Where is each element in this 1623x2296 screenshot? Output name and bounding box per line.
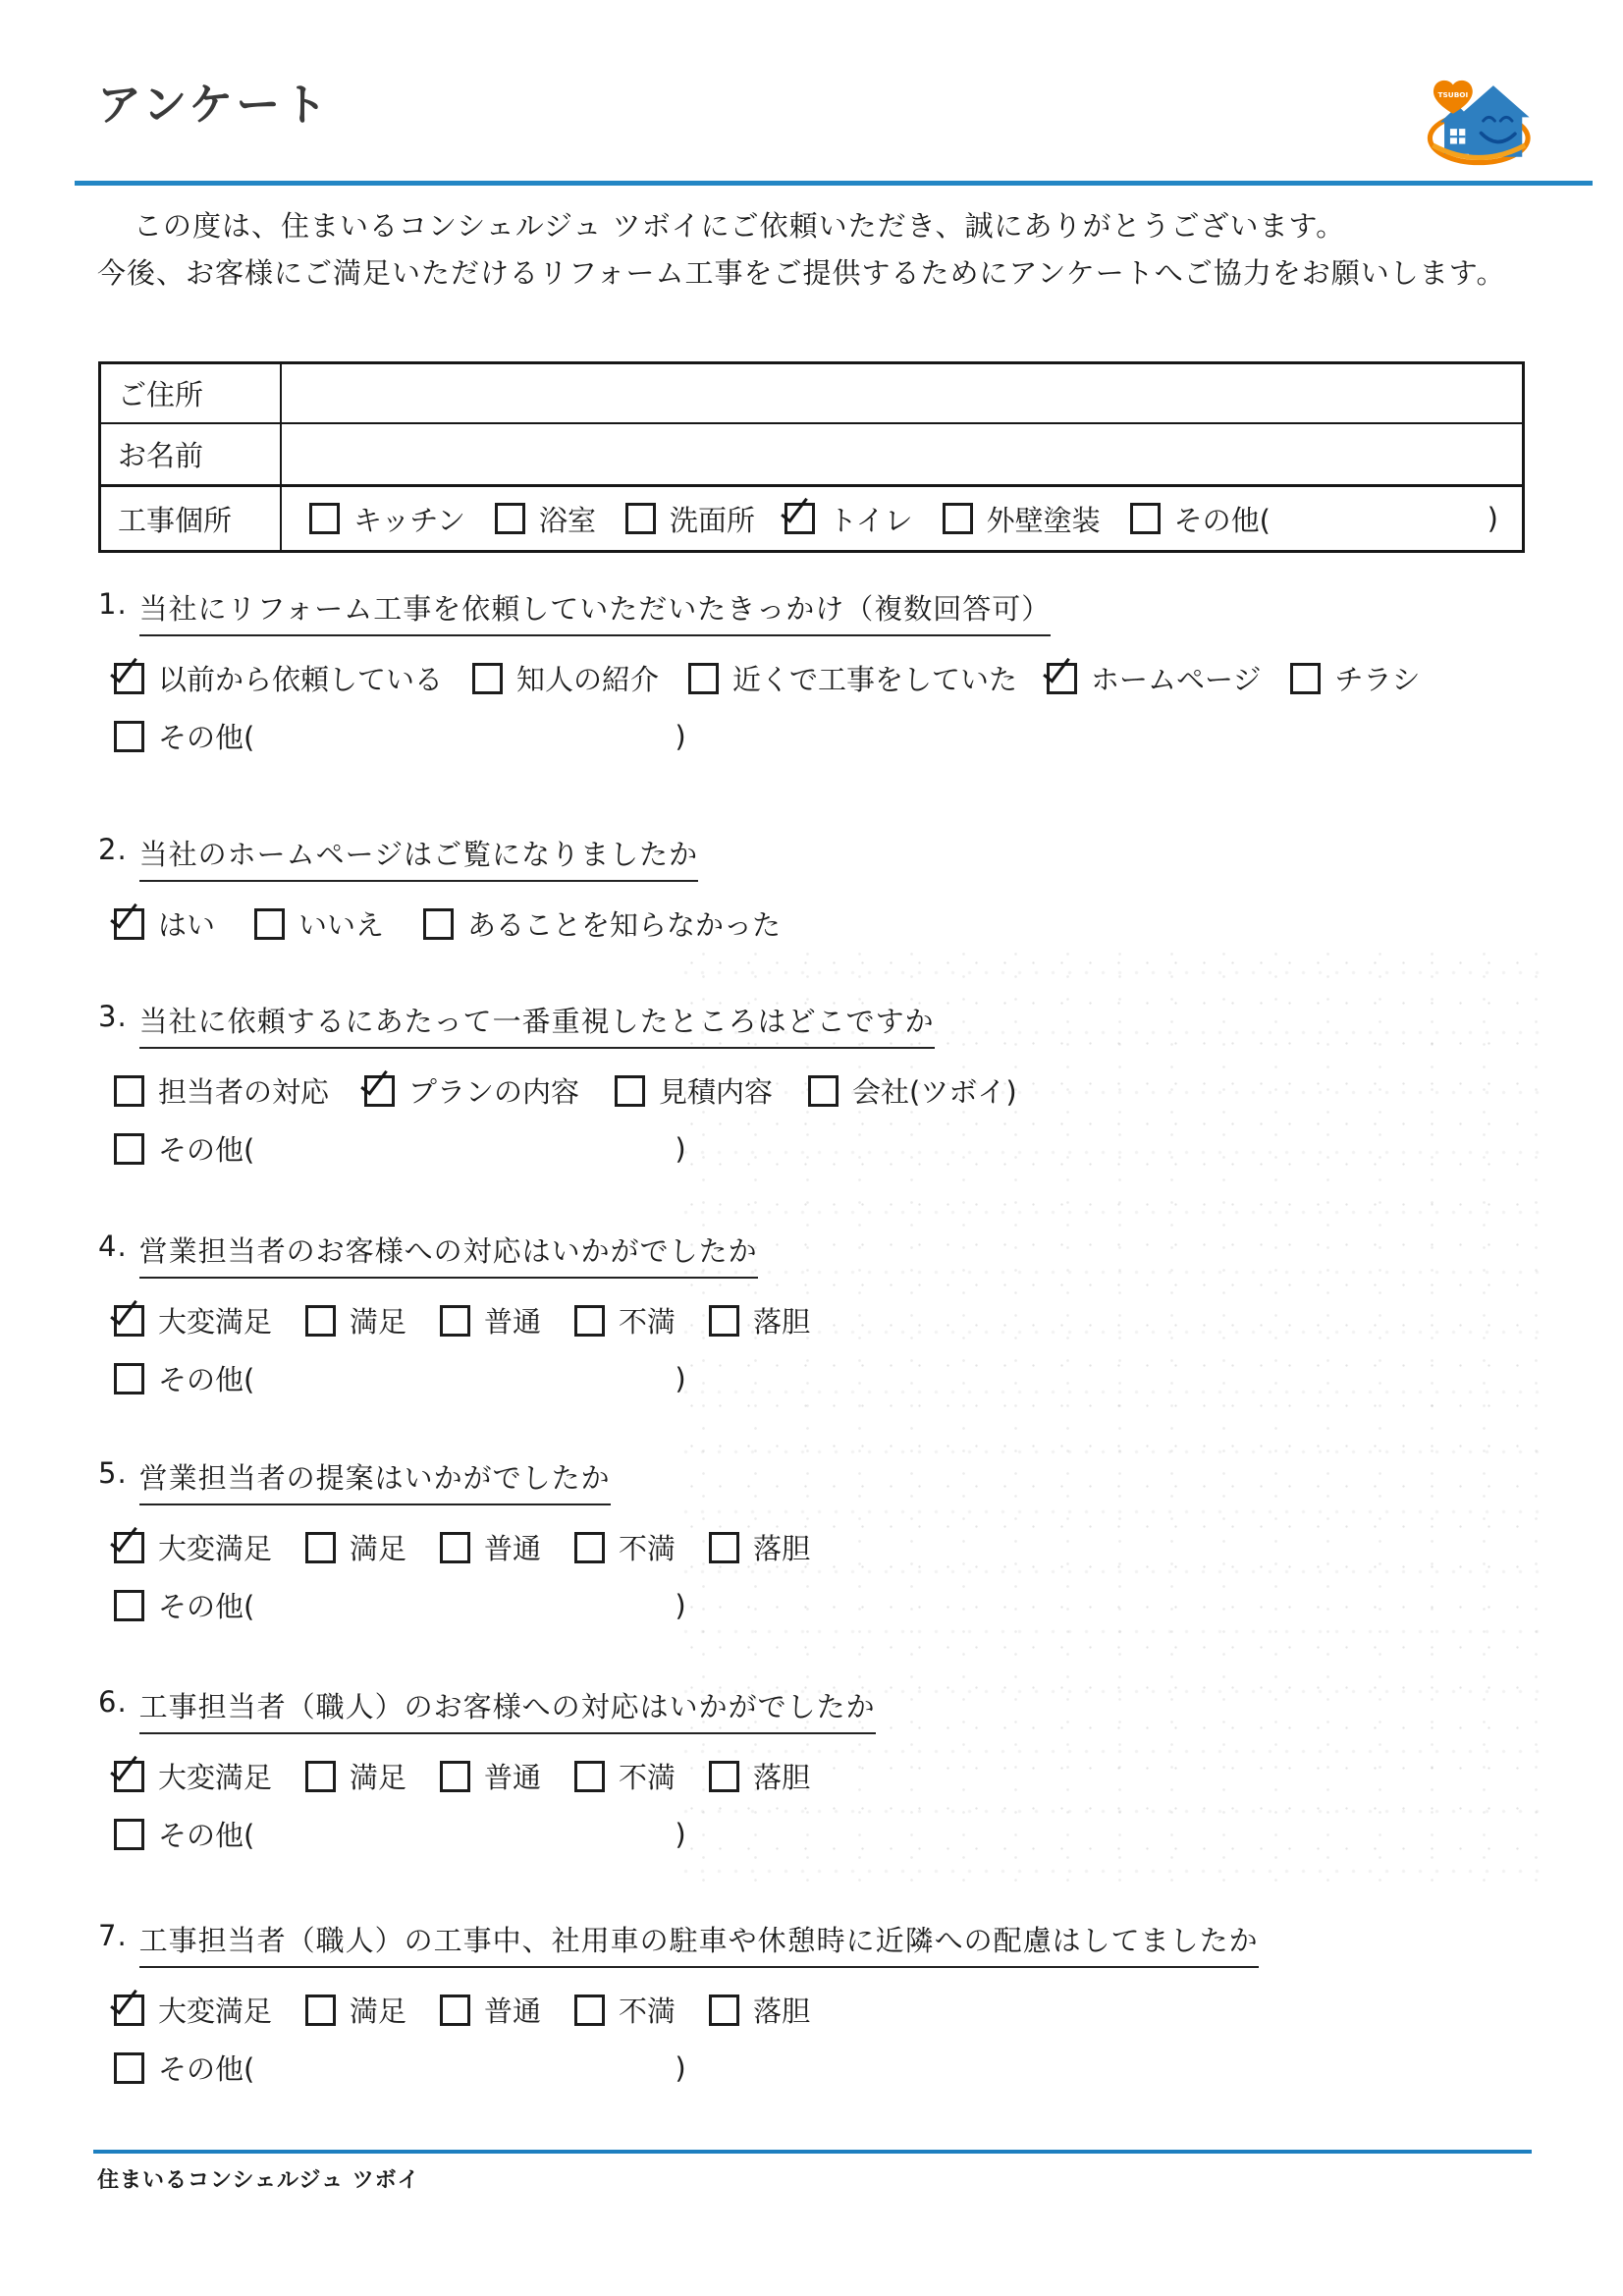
checkbox[interactable] <box>309 503 340 534</box>
checkbox[interactable] <box>305 1305 336 1337</box>
checkbox-option[interactable]: 見積内容 <box>615 1070 773 1111</box>
question-options: 大変満足 満足 普通 不満 落胆 <box>114 1300 1542 1340</box>
checkbox[interactable] <box>114 1305 144 1337</box>
checkbox-option[interactable]: 落胆 <box>709 1300 810 1340</box>
option-label: 普通 <box>484 1990 541 2030</box>
checkbox-option[interactable]: 大変満足 <box>114 1990 272 2030</box>
other-option-row: その他( ) <box>114 1358 1542 1398</box>
checkbox[interactable] <box>1047 663 1077 694</box>
question-2: 2. 当社のホームページはご覧になりましたか はい いいえ あることを知らなかっ… <box>98 833 1542 944</box>
question-number: 1. <box>98 587 128 636</box>
check-mark-icon <box>781 492 808 522</box>
checkbox-option[interactable]: 大変満足 <box>114 1756 272 1796</box>
checkbox[interactable] <box>495 503 525 534</box>
option-label: 外壁塗装 <box>987 499 1101 539</box>
other-text-field[interactable] <box>268 722 661 751</box>
option-label: 落胆 <box>753 1300 810 1340</box>
checkbox[interactable] <box>440 1532 470 1563</box>
intro-line-2: 今後、お客様にご満足いただけるリフォーム工事をご提供するためにアンケートへご協力… <box>97 251 1506 292</box>
option-label: 普通 <box>484 1300 541 1340</box>
close-paren: ) <box>675 1589 685 1622</box>
checkbox-option-exterior-paint[interactable]: 外壁塗装 <box>943 499 1101 539</box>
question-number: 4. <box>98 1230 128 1279</box>
checkbox[interactable] <box>114 1532 144 1563</box>
name-row: お名前 <box>101 422 1522 484</box>
checkbox[interactable] <box>114 1075 144 1107</box>
checkbox[interactable] <box>364 1075 395 1107</box>
checkbox-option-kitchen[interactable]: キッチン <box>309 499 465 539</box>
question-options: 担当者の対応 プランの内容 見積内容 会社(ツボイ) <box>114 1070 1542 1111</box>
checkbox-option-washroom[interactable]: 洗面所 <box>625 499 755 539</box>
option-label: 満足 <box>350 1990 406 2030</box>
checkbox-option[interactable]: 普通 <box>440 1990 541 2030</box>
question-number: 2. <box>98 833 128 882</box>
option-label: チラシ <box>1334 658 1420 698</box>
question-text: 営業担当者のお客様への対応はいかがでしたか <box>139 1230 758 1279</box>
work-location-options: キッチン 浴室 洗面所 トイレ 外壁塗装 <box>282 487 1522 550</box>
question-1: 1. 当社にリフォーム工事を依頼していただいたきっかけ（複数回答可） 以前から依… <box>98 587 1542 756</box>
option-label: いいえ <box>298 903 384 944</box>
question-text: 営業担当者の提案はいかがでしたか <box>139 1456 611 1505</box>
option-label: その他( <box>158 716 254 756</box>
address-row: ご住所 <box>101 364 1522 422</box>
question-text: 当社のホームページはご覧になりましたか <box>139 833 698 882</box>
other-text-field[interactable] <box>268 1364 661 1394</box>
footer-rule <box>93 2150 1532 2154</box>
checkbox-option[interactable]: 不満 <box>574 1527 676 1567</box>
checkbox[interactable] <box>114 663 144 694</box>
checkbox-option[interactable]: 不満 <box>574 1756 676 1796</box>
question-options: 以前から依頼している 知人の紹介 近くで工事をしていた ホームページ チラシ <box>114 658 1542 698</box>
checkbox[interactable] <box>114 2052 144 2084</box>
work-location-row: 工事個所 キッチン 浴室 洗面所 トイレ <box>101 484 1522 550</box>
check-mark-icon <box>110 1294 137 1325</box>
question-heading: 7. 工事担当者（職人）の工事中、社用車の駐車や休憩時に近隣への配慮はしてました… <box>98 1919 1542 1968</box>
checkbox[interactable] <box>574 1761 605 1792</box>
checkbox-option[interactable]: いいえ <box>254 903 384 944</box>
option-label: 不満 <box>619 1756 676 1796</box>
option-label: ホームページ <box>1091 658 1261 698</box>
question-options: 大変満足 満足 普通 不満 落胆 <box>114 1527 1542 1567</box>
checkbox-option-other[interactable]: その他( <box>114 1814 254 1854</box>
question-heading: 1. 当社にリフォーム工事を依頼していただいたきっかけ（複数回答可） <box>98 587 1542 636</box>
question-heading: 2. 当社のホームページはご覧になりましたか <box>98 833 1542 882</box>
checkbox[interactable] <box>574 1995 605 2026</box>
question-3: 3. 当社に依頼するにあたって一番重視したところはどこですか 担当者の対応 プラ… <box>98 1000 1542 1169</box>
question-text: 工事担当者（職人）の工事中、社用車の駐車や休憩時に近隣への配慮はしてましたか <box>139 1919 1259 1968</box>
name-input-area[interactable] <box>282 424 1522 484</box>
option-label: その他( <box>158 1585 254 1625</box>
option-label: はい <box>158 903 215 944</box>
checkbox-option-other[interactable]: その他( <box>1130 499 1271 539</box>
logo-heart-icon: TSUBOI <box>1434 81 1473 114</box>
checkbox-option[interactable]: 満足 <box>305 1990 406 2030</box>
checkbox-option-other[interactable]: その他( <box>114 716 254 756</box>
checkbox[interactable] <box>254 908 285 940</box>
checkbox-option[interactable]: チラシ <box>1290 658 1420 698</box>
check-mark-icon <box>110 898 137 928</box>
checkbox[interactable] <box>114 1363 144 1394</box>
checkbox-option[interactable]: 普通 <box>440 1756 541 1796</box>
checkbox-option[interactable]: 担当者の対応 <box>114 1070 329 1111</box>
question-heading: 6. 工事担当者（職人）のお客様への対応はいかがでしたか <box>98 1685 1542 1734</box>
other-option-row: その他( ) <box>114 1128 1542 1169</box>
checkbox-option[interactable]: 会社(ツボイ) <box>808 1070 1017 1111</box>
checkbox[interactable] <box>615 1075 645 1107</box>
footer-company-name: 住まいるコンシェルジュ ツボイ <box>97 2163 420 2194</box>
checkbox-option-other[interactable]: その他( <box>114 2048 254 2088</box>
close-paren: ) <box>675 1362 685 1395</box>
option-label: 担当者の対応 <box>158 1070 329 1111</box>
option-label: 浴室 <box>539 499 596 539</box>
checkbox-option[interactable]: 落胆 <box>709 1756 810 1796</box>
checkbox[interactable] <box>472 663 503 694</box>
option-label: 知人の紹介 <box>516 658 659 698</box>
checkbox[interactable] <box>440 1761 470 1792</box>
checkbox[interactable] <box>114 721 144 752</box>
checkbox[interactable] <box>709 1532 739 1563</box>
option-label: 不満 <box>619 1527 676 1567</box>
check-mark-icon <box>360 1065 388 1095</box>
option-label: 不満 <box>619 1300 676 1340</box>
question-heading: 3. 当社に依頼するにあたって一番重視したところはどこですか <box>98 1000 1542 1049</box>
other-option-row: その他( ) <box>114 716 1542 756</box>
address-input-area[interactable] <box>282 364 1522 422</box>
checkbox-option-bath[interactable]: 浴室 <box>495 499 596 539</box>
checkbox-option[interactable]: 不満 <box>574 1300 676 1340</box>
checkbox[interactable] <box>114 1590 144 1621</box>
logo-text: TSUBOI <box>1437 90 1468 99</box>
checkbox-option-other[interactable]: その他( <box>114 1358 254 1398</box>
option-label: 見積内容 <box>659 1070 773 1111</box>
option-label: あることを知らなかった <box>467 903 781 944</box>
check-mark-icon <box>1043 652 1070 683</box>
question-options: 大変満足 満足 普通 不満 落胆 <box>114 1756 1542 1796</box>
option-label: 落胆 <box>753 1756 810 1796</box>
option-label: トイレ <box>829 499 913 539</box>
checkbox[interactable] <box>709 1761 739 1792</box>
checkbox[interactable] <box>625 503 656 534</box>
option-label: 普通 <box>484 1756 541 1796</box>
question-options: 大変満足 満足 普通 不満 落胆 <box>114 1990 1542 2030</box>
other-option-row: その他( ) <box>114 2048 1542 2088</box>
option-label: 以前から依頼している <box>158 658 443 698</box>
company-logo: TSUBOI <box>1426 75 1534 173</box>
option-label: 満足 <box>350 1527 406 1567</box>
checkbox-option[interactable]: あることを知らなかった <box>423 903 781 944</box>
checkbox-option[interactable]: プランの内容 <box>364 1070 579 1111</box>
question-7: 7. 工事担当者（職人）の工事中、社用車の駐車や休憩時に近隣への配慮はしてました… <box>98 1919 1542 2088</box>
name-label: お名前 <box>101 424 282 484</box>
question-number: 5. <box>98 1456 128 1505</box>
option-label: 満足 <box>350 1300 406 1340</box>
checkbox[interactable] <box>1130 503 1161 534</box>
check-mark-icon <box>110 1984 137 2014</box>
option-label: その他( <box>1174 499 1271 539</box>
check-mark-icon <box>110 1750 137 1780</box>
question-6: 6. 工事担当者（職人）のお客様への対応はいかがでしたか 大変満足 満足 普通 … <box>98 1685 1542 1854</box>
checkbox[interactable] <box>574 1532 605 1563</box>
close-paren: ) <box>1488 502 1498 535</box>
checkbox-option-toilet[interactable]: トイレ <box>784 499 913 539</box>
checkbox-option[interactable]: 知人の紹介 <box>472 658 659 698</box>
checkbox[interactable] <box>709 1995 739 2026</box>
checkbox[interactable] <box>305 1532 336 1563</box>
checkbox[interactable] <box>440 1305 470 1337</box>
option-label: 普通 <box>484 1527 541 1567</box>
checkbox-option[interactable]: 大変満足 <box>114 1300 272 1340</box>
question-number: 7. <box>98 1919 128 1968</box>
other-option-row: その他( ) <box>114 1814 1542 1854</box>
checkbox[interactable] <box>688 663 719 694</box>
checkbox[interactable] <box>114 1995 144 2026</box>
checkbox-option[interactable]: ホームページ <box>1047 658 1261 698</box>
check-mark-icon <box>110 652 137 683</box>
checkbox[interactable] <box>114 908 144 940</box>
close-paren: ) <box>675 1132 685 1166</box>
info-table: ご住所 お名前 工事個所 キッチン 浴室 洗面所 <box>98 361 1525 553</box>
checkbox-option[interactable]: 近くで工事をしていた <box>688 658 1017 698</box>
option-label: 近くで工事をしていた <box>732 658 1017 698</box>
checkbox[interactable] <box>305 1995 336 2026</box>
option-label: 満足 <box>350 1756 406 1796</box>
question-text: 当社にリフォーム工事を依頼していただいたきっかけ（複数回答可） <box>139 587 1052 636</box>
checkbox-option[interactable]: はい <box>114 903 215 944</box>
checkbox[interactable] <box>423 908 454 940</box>
checkbox[interactable] <box>574 1305 605 1337</box>
option-label: 大変満足 <box>158 1990 272 2030</box>
checkbox[interactable] <box>440 1995 470 2026</box>
question-text: 工事担当者（職人）のお客様への対応はいかがでしたか <box>139 1685 876 1734</box>
option-label: 大変満足 <box>158 1756 272 1796</box>
option-label: 落胆 <box>753 1990 810 2030</box>
other-text-field[interactable] <box>268 1591 661 1620</box>
close-paren: ) <box>675 2051 685 2085</box>
question-heading: 4. 営業担当者のお客様への対応はいかがでしたか <box>98 1230 1542 1279</box>
checkbox[interactable] <box>114 1819 144 1850</box>
option-label: その他( <box>158 1358 254 1398</box>
checkbox[interactable] <box>808 1075 839 1107</box>
checkbox-option[interactable]: 普通 <box>440 1300 541 1340</box>
checkbox[interactable] <box>784 503 815 534</box>
checkbox[interactable] <box>114 1133 144 1165</box>
other-text-field[interactable] <box>268 2053 661 2083</box>
option-label: 洗面所 <box>670 499 755 539</box>
close-paren: ) <box>675 1818 685 1851</box>
option-label: キッチン <box>353 499 465 539</box>
address-label: ご住所 <box>101 364 282 422</box>
question-options: はい いいえ あることを知らなかった <box>114 903 1542 944</box>
checkbox[interactable] <box>943 503 973 534</box>
close-paren: ) <box>675 720 685 753</box>
option-label: 大変満足 <box>158 1527 272 1567</box>
checkbox[interactable] <box>114 1761 144 1792</box>
other-option-row: その他( ) <box>114 1585 1542 1625</box>
other-text-field[interactable] <box>268 1134 661 1164</box>
option-label: 大変満足 <box>158 1300 272 1340</box>
checkbox-option[interactable]: 落胆 <box>709 1990 810 2030</box>
option-label: その他( <box>158 1814 254 1854</box>
checkbox-option-other[interactable]: その他( <box>114 1585 254 1625</box>
option-label: その他( <box>158 2048 254 2088</box>
question-heading: 5. 営業担当者の提案はいかがでしたか <box>98 1456 1542 1505</box>
option-label: その他( <box>158 1128 254 1169</box>
work-location-label: 工事個所 <box>101 487 282 550</box>
option-label: 会社(ツボイ) <box>852 1070 1017 1111</box>
checkbox-option[interactable]: 落胆 <box>709 1527 810 1567</box>
title-underline <box>75 181 1593 186</box>
option-label: プランの内容 <box>408 1070 579 1111</box>
question-5: 5. 営業担当者の提案はいかがでしたか 大変満足 満足 普通 不満 落胆 <box>98 1456 1542 1625</box>
option-label: 落胆 <box>753 1527 810 1567</box>
checkbox-option[interactable]: 満足 <box>305 1756 406 1796</box>
intro-line-1: この度は、住まいるコンシェルジュ ツボイにご依頼いただき、誠にありがとうございま… <box>134 204 1345 245</box>
other-text-field[interactable] <box>268 1820 661 1849</box>
checkbox-option[interactable]: 普通 <box>440 1527 541 1567</box>
checkbox-option[interactable]: 満足 <box>305 1527 406 1567</box>
checkbox-option-other[interactable]: その他( <box>114 1128 254 1169</box>
question-number: 3. <box>98 1000 128 1049</box>
checkbox[interactable] <box>1290 663 1321 694</box>
checkbox[interactable] <box>709 1305 739 1337</box>
checkbox-option[interactable]: 以前から依頼している <box>114 658 443 698</box>
question-number: 6. <box>98 1685 128 1734</box>
check-mark-icon <box>110 1521 137 1552</box>
scanned-survey-page: アンケート TSUBOI この度は、住まいるコンシェルジュ ツボイにご依頼いただ… <box>0 0 1623 2296</box>
checkbox-option[interactable]: 満足 <box>305 1300 406 1340</box>
option-label: 不満 <box>619 1990 676 2030</box>
checkbox-option[interactable]: 不満 <box>574 1990 676 2030</box>
question-4: 4. 営業担当者のお客様への対応はいかがでしたか 大変満足 満足 普通 不満 <box>98 1230 1542 1398</box>
checkbox-option[interactable]: 大変満足 <box>114 1527 272 1567</box>
question-text: 当社に依頼するにあたって一番重視したところはどこですか <box>139 1000 935 1049</box>
checkbox[interactable] <box>305 1761 336 1792</box>
page-title: アンケート <box>97 69 330 133</box>
